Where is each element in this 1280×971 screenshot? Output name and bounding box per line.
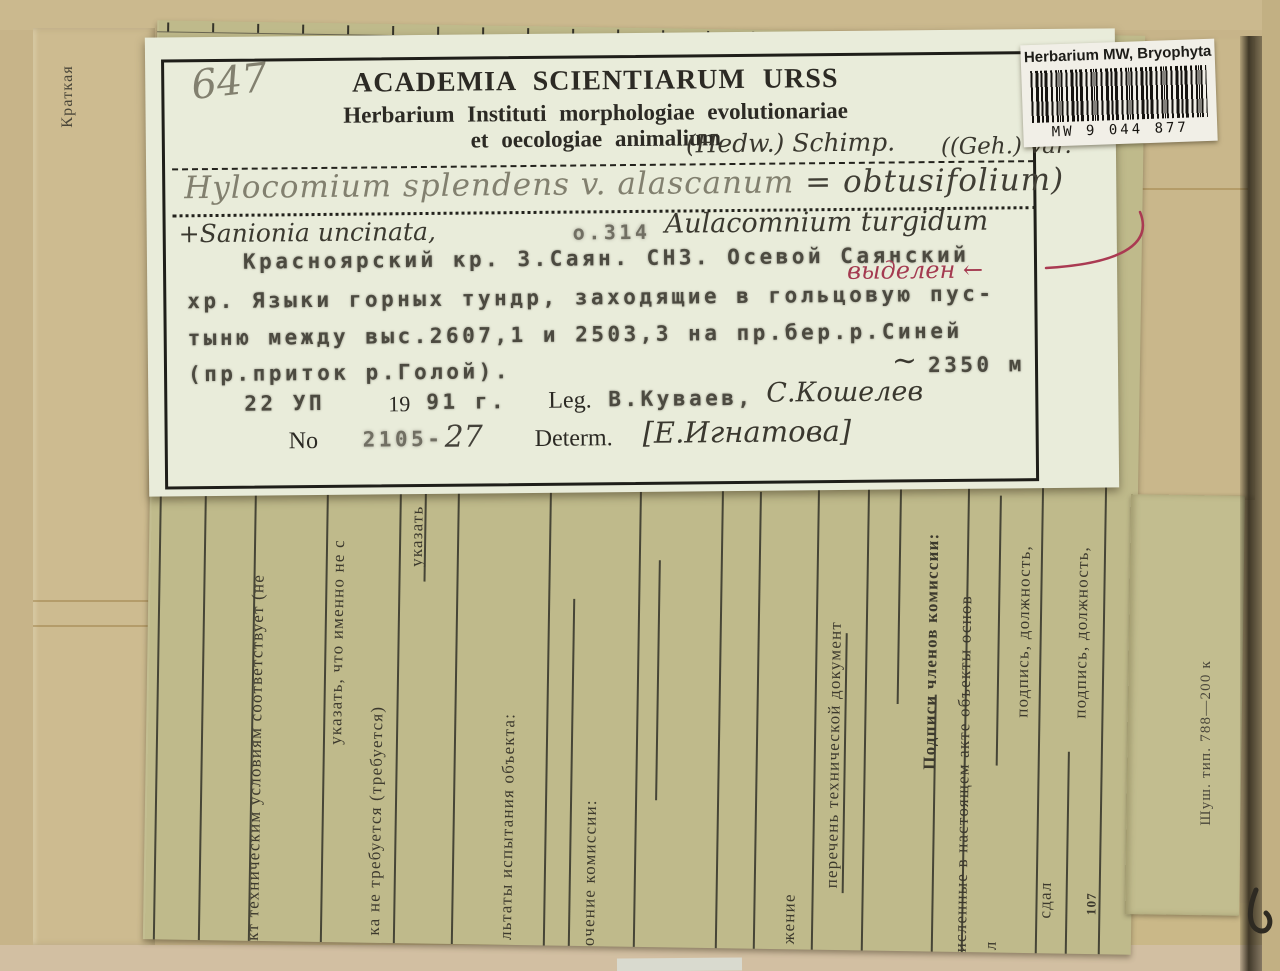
form-tick — [257, 24, 259, 33]
number-handwritten: 27 — [445, 419, 484, 454]
sample-code: о.314 — [573, 220, 651, 245]
form-column-text: указать, что именно не с — [327, 539, 347, 745]
altitude-value: 2350 м — [928, 352, 1025, 377]
form-column-text: кт техническим условиям соответствует (н… — [244, 574, 267, 941]
form-rule-line — [715, 461, 725, 948]
form-column-text: Подписи членов комиссии: — [921, 532, 942, 769]
collector-typed: В.Куваев, — [608, 386, 754, 411]
altitude-tilde: ~ — [892, 343, 917, 378]
form-rule-line — [1035, 466, 1045, 953]
additional-species-1: +Sanionia uncinata, — [179, 217, 436, 248]
form-column-text: льтаты испытания объекта: — [497, 713, 518, 940]
label-letterhead: ACADEMIA SCIENTIARUM URSS Herbarium Inst… — [161, 29, 1030, 154]
form-rule-line — [1065, 752, 1070, 954]
form-rule-line — [543, 459, 553, 946]
form-column-text: исленные в настоящем акте объекты основ — [952, 595, 975, 953]
date-year-typed: 91 г. — [426, 389, 507, 414]
date-year-prefix-printed: 19 — [388, 391, 410, 417]
collector-handwritten: С.Кошелев — [766, 376, 923, 409]
herbarium-specimen-photo: кт техническим условиям соответствует (н… — [0, 0, 1280, 971]
determiner-handwritten: [Е.Игнатова] — [642, 414, 851, 450]
form-tick — [347, 25, 349, 34]
leg-label: Leg. — [548, 387, 592, 414]
form-tick — [392, 26, 394, 35]
species-name-pencil: Hylocomium splendens v. alascanum — [184, 164, 794, 206]
form-tick — [167, 22, 169, 31]
form-rule-line — [568, 599, 575, 946]
barcode-label: Herbarium MW, Bryophyta MW 9 044 877 — [1020, 39, 1217, 148]
form-tick — [302, 25, 304, 34]
number-typed: 2105- — [363, 427, 444, 452]
species-synonym-ink: = obtusifolium) — [805, 162, 1064, 200]
form-column-text: очение комиссии: — [580, 799, 599, 946]
form-column-text: подпись, должность, — [1013, 545, 1033, 718]
form-rule-line — [393, 456, 403, 943]
form-rule-line — [153, 452, 163, 939]
form-page-number: 107 — [1084, 892, 1097, 915]
form-rule-line — [1098, 467, 1108, 954]
form-column-text: жение — [780, 893, 798, 944]
form-column-text: подпись, должность, — [1071, 546, 1091, 719]
herbarium-main-label: 647 ACADEMIA SCIENTIARUM URSS Herbarium … — [145, 28, 1119, 496]
determ-label: Determ. — [535, 425, 613, 453]
form-rule-line — [811, 463, 821, 950]
printing-house-imprint: Шуш. тип. 788—200 к — [1199, 660, 1214, 826]
institution-title: ACADEMIA SCIENTIARUM URSS — [161, 63, 1029, 99]
left-flap-caption: Краткая — [60, 65, 76, 128]
form-column-text: указать — [408, 505, 426, 567]
form-rule-line — [451, 457, 461, 944]
backdrop-far-right — [1262, 0, 1280, 971]
form-rule-line — [996, 496, 1002, 766]
red-annotation: выделен ← — [847, 256, 983, 285]
author-citation-handwritten: (Hedw.) Schimp. — [686, 127, 896, 158]
label-sliver-below — [617, 957, 742, 971]
form-rule-line — [897, 464, 903, 704]
form-rule-line — [753, 492, 762, 949]
form-column-text: ка не требуется (требуется) — [365, 706, 386, 936]
form-right-strip — [1125, 494, 1245, 916]
paper-crease — [33, 625, 155, 627]
barcode-title: Herbarium MW, Bryophyta — [1020, 43, 1214, 67]
no-label: No — [289, 428, 319, 455]
paper-crease — [33, 600, 155, 602]
locality-line-4: (пр.приток р.Голой). — [188, 359, 511, 386]
shadow-edge — [1240, 36, 1262, 971]
additional-species-2: Aulacomnium turgidum — [664, 206, 988, 240]
form-tick — [212, 23, 214, 32]
barcode — [1030, 65, 1208, 123]
date-day-month: 22 УП — [244, 391, 325, 416]
form-rule-line — [198, 453, 208, 940]
form-rule-line — [655, 560, 661, 800]
form-rule-line — [633, 460, 643, 947]
form-column-text: перечень технической документ — [823, 621, 844, 889]
form-column-text: л — [982, 941, 999, 951]
form-rule-line — [861, 464, 871, 951]
packet-left-flap — [33, 28, 155, 945]
form-column-text: сдал — [1036, 881, 1054, 918]
